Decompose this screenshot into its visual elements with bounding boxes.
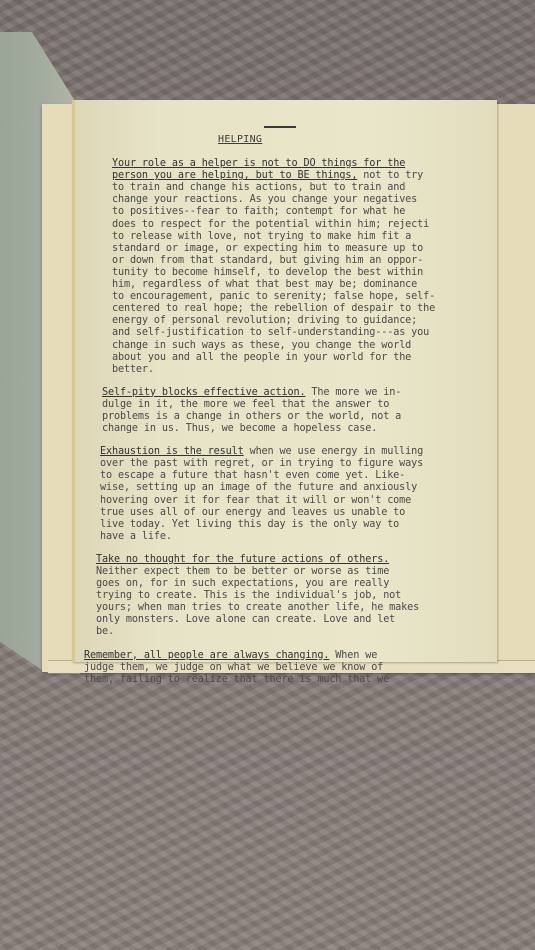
paragraph-lead: Exhaustion is the result [100,446,244,457]
page-title: HELPING [218,134,508,146]
page-content: HELPING Your role as a helper is not to … [78,112,508,697]
paragraph-lead: Remember, all people are always changing… [84,650,329,661]
paragraph-future-actions: Take no thought for the future actions o… [78,554,508,639]
paragraph-body: Neither expect them to be better or wors… [96,566,419,637]
paragraph-body: when we use energy in mulling over the p… [100,446,423,542]
paragraph-exhaustion: Exhaustion is the result when we use ene… [78,446,508,543]
paragraph-remember: Remember, all people are always changing… [78,650,508,686]
top-rule [264,126,296,128]
paragraph-body: not to try to train and change his actio… [112,170,435,375]
paragraph-lead: Take no thought for the future actions o… [96,554,389,565]
paragraph-lead: Self-pity blocks effective action. [102,387,305,398]
paragraph-helper-role: Your role as a helper is not to DO thing… [78,158,508,376]
paragraph-self-pity: Self-pity blocks effective action. The m… [78,387,508,435]
